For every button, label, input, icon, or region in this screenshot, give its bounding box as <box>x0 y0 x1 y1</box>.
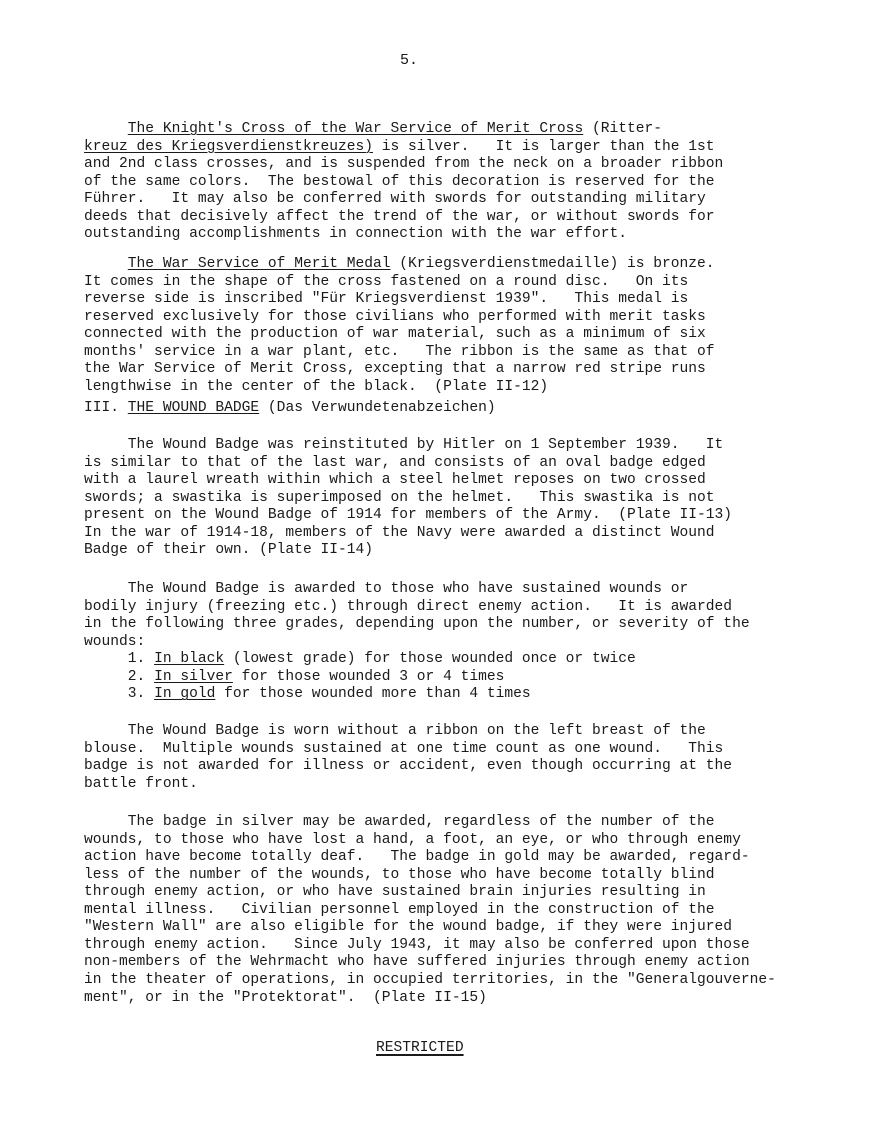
text-run: for those wounded 3 or 4 times <box>233 669 505 685</box>
text-line: through enemy action, or who have sustai… <box>84 884 706 901</box>
text-line: deeds that decisively affect the trend o… <box>84 209 715 226</box>
text-line: non-members of the Wehrmacht who have su… <box>84 954 750 971</box>
text-run: blouse. Multiple wounds sustained at one… <box>84 741 723 757</box>
text-line: The badge in silver may be awarded, rega… <box>84 814 715 831</box>
underlined-term: The War Service of Merit Medal <box>128 256 391 272</box>
text-line: through enemy action. Since July 1943, i… <box>84 937 750 954</box>
underlined-term: In black <box>154 651 224 667</box>
text-line: action have become totally deaf. The bad… <box>84 849 750 866</box>
text-line: The Wound Badge is worn without a ribbon… <box>84 723 706 740</box>
text-run: In the war of 1914-18, members of the Na… <box>84 525 715 541</box>
text-line: 1. In black (lowest grade) for those wou… <box>84 651 636 668</box>
text-line: is similar to that of the last war, and … <box>84 455 706 472</box>
text-line: wounds: <box>84 634 145 651</box>
text-line: wounds, to those who have lost a hand, a… <box>84 832 741 849</box>
text-run: the War Service of Merit Cross, exceptin… <box>84 361 706 377</box>
text-run: Badge of their own. (Plate II-14) <box>84 542 373 558</box>
underlined-term: The Knight's Cross of the War Service of… <box>128 121 583 137</box>
text-line: blouse. Multiple wounds sustained at one… <box>84 741 723 758</box>
text-run <box>84 256 128 272</box>
text-line: the War Service of Merit Cross, exceptin… <box>84 361 706 378</box>
text-run: reverse side is inscribed "Für Kriegsver… <box>84 291 688 307</box>
text-run: Führer. It may also be conferred with sw… <box>84 191 706 207</box>
text-run: lengthwise in the center of the black. (… <box>84 379 548 395</box>
underlined-term: kreuz des Kriegsverdienstkreuzes) <box>84 139 373 155</box>
text-line: In the war of 1914-18, members of the Na… <box>84 525 715 542</box>
text-line: ment", or in the "Protektorat". (Plate I… <box>84 990 487 1007</box>
text-line: The Knight's Cross of the War Service of… <box>84 121 662 138</box>
text-run: with a laurel wreath within which a stee… <box>84 472 706 488</box>
text-run <box>84 121 128 137</box>
text-run: months' service in a war plant, etc. The… <box>84 344 715 360</box>
text-line: in the following three grades, depending… <box>84 616 750 633</box>
text-run: non-members of the Wehrmacht who have su… <box>84 954 750 970</box>
text-line: reverse side is inscribed "Für Kriegsver… <box>84 291 688 308</box>
text-run: and 2nd class crosses, and is suspended … <box>84 156 723 172</box>
text-run: III. <box>84 400 128 416</box>
text-run: The Wound Badge is worn without a ribbon… <box>84 723 706 739</box>
text-run: battle front. <box>84 776 198 792</box>
text-line: mental illness. Civilian personnel emplo… <box>84 902 715 919</box>
text-line: The Wound Badge is awarded to those who … <box>84 581 688 598</box>
text-line: months' service in a war plant, etc. The… <box>84 344 715 361</box>
text-line: battle front. <box>84 776 198 793</box>
text-run: present on the Wound Badge of 1914 for m… <box>84 507 732 523</box>
text-run: of the same colors. The bestowal of this… <box>84 174 715 190</box>
text-run: (lowest grade) for those wounded once or… <box>224 651 636 667</box>
underlined-term: In gold <box>154 686 215 702</box>
text-run: bodily injury (freezing etc.) through di… <box>84 599 732 615</box>
text-run: The Wound Badge was reinstituted by Hitl… <box>84 437 723 453</box>
text-run: reserved exclusively for those civilians… <box>84 309 706 325</box>
text-line: badge is not awarded for illness or acci… <box>84 758 732 775</box>
text-run: mental illness. Civilian personnel emplo… <box>84 902 715 918</box>
text-line: bodily injury (freezing etc.) through di… <box>84 599 732 616</box>
text-run: (Ritter- <box>583 121 662 137</box>
underlined-term: In silver <box>154 669 233 685</box>
text-run: is similar to that of the last war, and … <box>84 455 706 471</box>
text-line: The Wound Badge was reinstituted by Hitl… <box>84 437 723 454</box>
text-run: wounds: <box>84 634 145 650</box>
text-line: swords; a swastika is superimposed on th… <box>84 490 715 507</box>
text-line: present on the Wound Badge of 1914 for m… <box>84 507 732 524</box>
text-run: 2. <box>84 669 154 685</box>
text-run: through enemy action, or who have sustai… <box>84 884 706 900</box>
text-line: outstanding accomplishments in connectio… <box>84 226 627 243</box>
text-line: 2. In silver for those wounded 3 or 4 ti… <box>84 669 504 686</box>
document-page: 5. The Knight's Cross of the War Service… <box>0 0 872 1134</box>
text-run: 1. <box>84 651 154 667</box>
text-run: (Kriegsverdienstmedaille) is bronze. <box>391 256 715 272</box>
text-line: of the same colors. The bestowal of this… <box>84 174 715 191</box>
text-run: connected with the production of war mat… <box>84 326 706 342</box>
text-run: less of the number of the wounds, to tho… <box>84 867 715 883</box>
text-run: The badge in silver may be awarded, rega… <box>84 814 715 830</box>
text-line: III. THE WOUND BADGE (Das Verwundetenabz… <box>84 400 496 417</box>
text-line: kreuz des Kriegsverdienstkreuzes) is sil… <box>84 139 715 156</box>
text-run: action have become totally deaf. The bad… <box>84 849 750 865</box>
text-run: It comes in the shape of the cross faste… <box>84 274 688 290</box>
text-run: ment", or in the "Protektorat". (Plate I… <box>84 990 487 1006</box>
text-run: deeds that decisively affect the trend o… <box>84 209 715 225</box>
text-line: less of the number of the wounds, to tho… <box>84 867 715 884</box>
text-line: in the theater of operations, in occupie… <box>84 972 776 989</box>
text-run: wounds, to those who have lost a hand, a… <box>84 832 741 848</box>
text-line: reserved exclusively for those civilians… <box>84 309 706 326</box>
text-line: Führer. It may also be conferred with sw… <box>84 191 706 208</box>
text-run: (Das Verwundetenabzeichen) <box>259 400 495 416</box>
text-run: for those wounded more than 4 times <box>215 686 530 702</box>
text-line: 3. In gold for those wounded more than 4… <box>84 686 531 703</box>
text-run: outstanding accomplishments in connectio… <box>84 226 627 242</box>
classification-marking: RESTRICTED <box>376 1040 464 1056</box>
text-line: It comes in the shape of the cross faste… <box>84 274 688 291</box>
text-line: with a laurel wreath within which a stee… <box>84 472 706 489</box>
text-line: The War Service of Merit Medal (Kriegsve… <box>84 256 715 273</box>
text-run: in the theater of operations, in occupie… <box>84 972 776 988</box>
text-run: "Western Wall" are also eligible for the… <box>84 919 732 935</box>
text-run: badge is not awarded for illness or acci… <box>84 758 732 774</box>
page-number: 5. <box>400 52 418 69</box>
text-line: Badge of their own. (Plate II-14) <box>84 542 373 559</box>
text-run: The Wound Badge is awarded to those who … <box>84 581 688 597</box>
underlined-term: THE WOUND BADGE <box>128 400 259 416</box>
text-line: connected with the production of war mat… <box>84 326 706 343</box>
text-line: "Western Wall" are also eligible for the… <box>84 919 732 936</box>
text-run: 3. <box>84 686 154 702</box>
text-line: and 2nd class crosses, and is suspended … <box>84 156 723 173</box>
text-run: is silver. It is larger than the 1st <box>373 139 715 155</box>
text-run: swords; a swastika is superimposed on th… <box>84 490 715 506</box>
text-run: through enemy action. Since July 1943, i… <box>84 937 750 953</box>
text-run: in the following three grades, depending… <box>84 616 750 632</box>
text-line: lengthwise in the center of the black. (… <box>84 379 548 396</box>
